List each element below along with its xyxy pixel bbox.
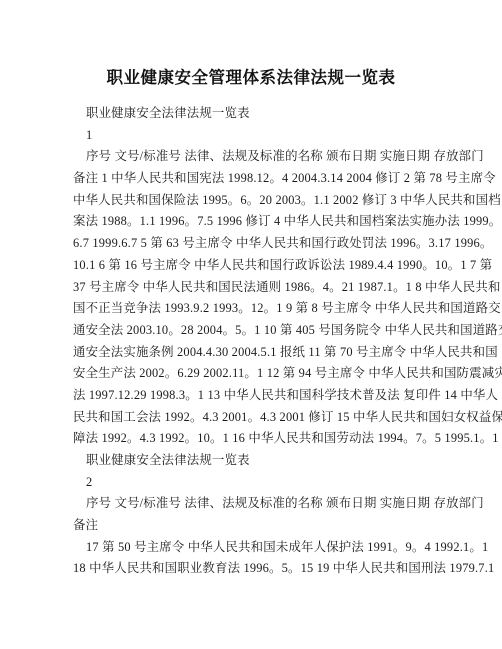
document-title: 职业健康安全管理体系法律法规一览表 (0, 64, 502, 88)
text-line: 民共和国工会法 1992。4.3 2001。4.3 2001 修订 15 中华人… (73, 407, 436, 429)
text-line: 1 (73, 125, 436, 147)
text-line: 备注 1 中华人民共和国宪法 1998.12。4 2004.3.14 2004 … (73, 168, 436, 190)
text-line: 10.1 6 第 16 号主席令 中华人民共和国行政诉讼法 1989.4.4 1… (73, 255, 436, 277)
document-page: 职业健康安全管理体系法律法规一览表 职业健康安全法律法规一览表1序号 文号/标准… (0, 0, 502, 649)
text-line: 17 第 50 号主席令 中华人民共和国未成年人保护法 1991。9。4 199… (73, 537, 436, 559)
text-line: 国不正当竞争法 1993.9.2 1993。12。1 9 第 8 号主席令 中华… (73, 298, 436, 320)
text-line: 18 中华人民共和国职业教育法 1996。5。15 19 中华人民共和国刑法 1… (73, 558, 436, 580)
document-body: 职业健康安全法律法规一览表1序号 文号/标准号 法律、法规及标准的名称 颁布日期… (73, 103, 436, 580)
text-line: 职业健康安全法律法规一览表 (73, 103, 436, 125)
text-line: 职业健康安全法律法规一览表 (73, 450, 436, 472)
text-line: 通安全法 2003.10。28 2004。5。1 10 第 405 号国务院令 … (73, 320, 436, 342)
text-line: 通安全法实施条例 2004.4.30 2004.5.1 报纸 11 第 70 号… (73, 342, 436, 364)
text-line: 安全生产法 2002。6.29 2002.11。1 12 第 94 号主席令 中… (73, 363, 436, 385)
text-line: 案法 1988。1.1 1996。7.5 1996 修订 4 中华人民共和国档案… (73, 211, 436, 233)
text-line: 备注 (73, 515, 436, 537)
text-line: 序号 文号/标准号 法律、法规及标准的名称 颁布日期 实施日期 存放部门 (73, 493, 436, 515)
text-line: 37 号主席令 中华人民共和国民法通则 1986。4。21 1987.1。1 8… (73, 277, 436, 299)
text-line: 6.7 1999.6.7 5 第 63 号主席令 中华人民共和国行政处罚法 19… (73, 233, 436, 255)
text-line: 法 1997.12.29 1998.3。1 13 中华人民共和国科学技术普及法 … (73, 385, 436, 407)
text-line: 中华人民共和国保险法 1995。6。20 2003。1.1 2002 修订 3 … (73, 190, 436, 212)
text-line: 2 (73, 472, 436, 494)
text-line: 障法 1992。4.3 1992。10。1 16 中华人民共和国劳动法 1994… (73, 428, 436, 450)
text-line: 序号 文号/标准号 法律、法规及标准的名称 颁布日期 实施日期 存放部门 (73, 146, 436, 168)
